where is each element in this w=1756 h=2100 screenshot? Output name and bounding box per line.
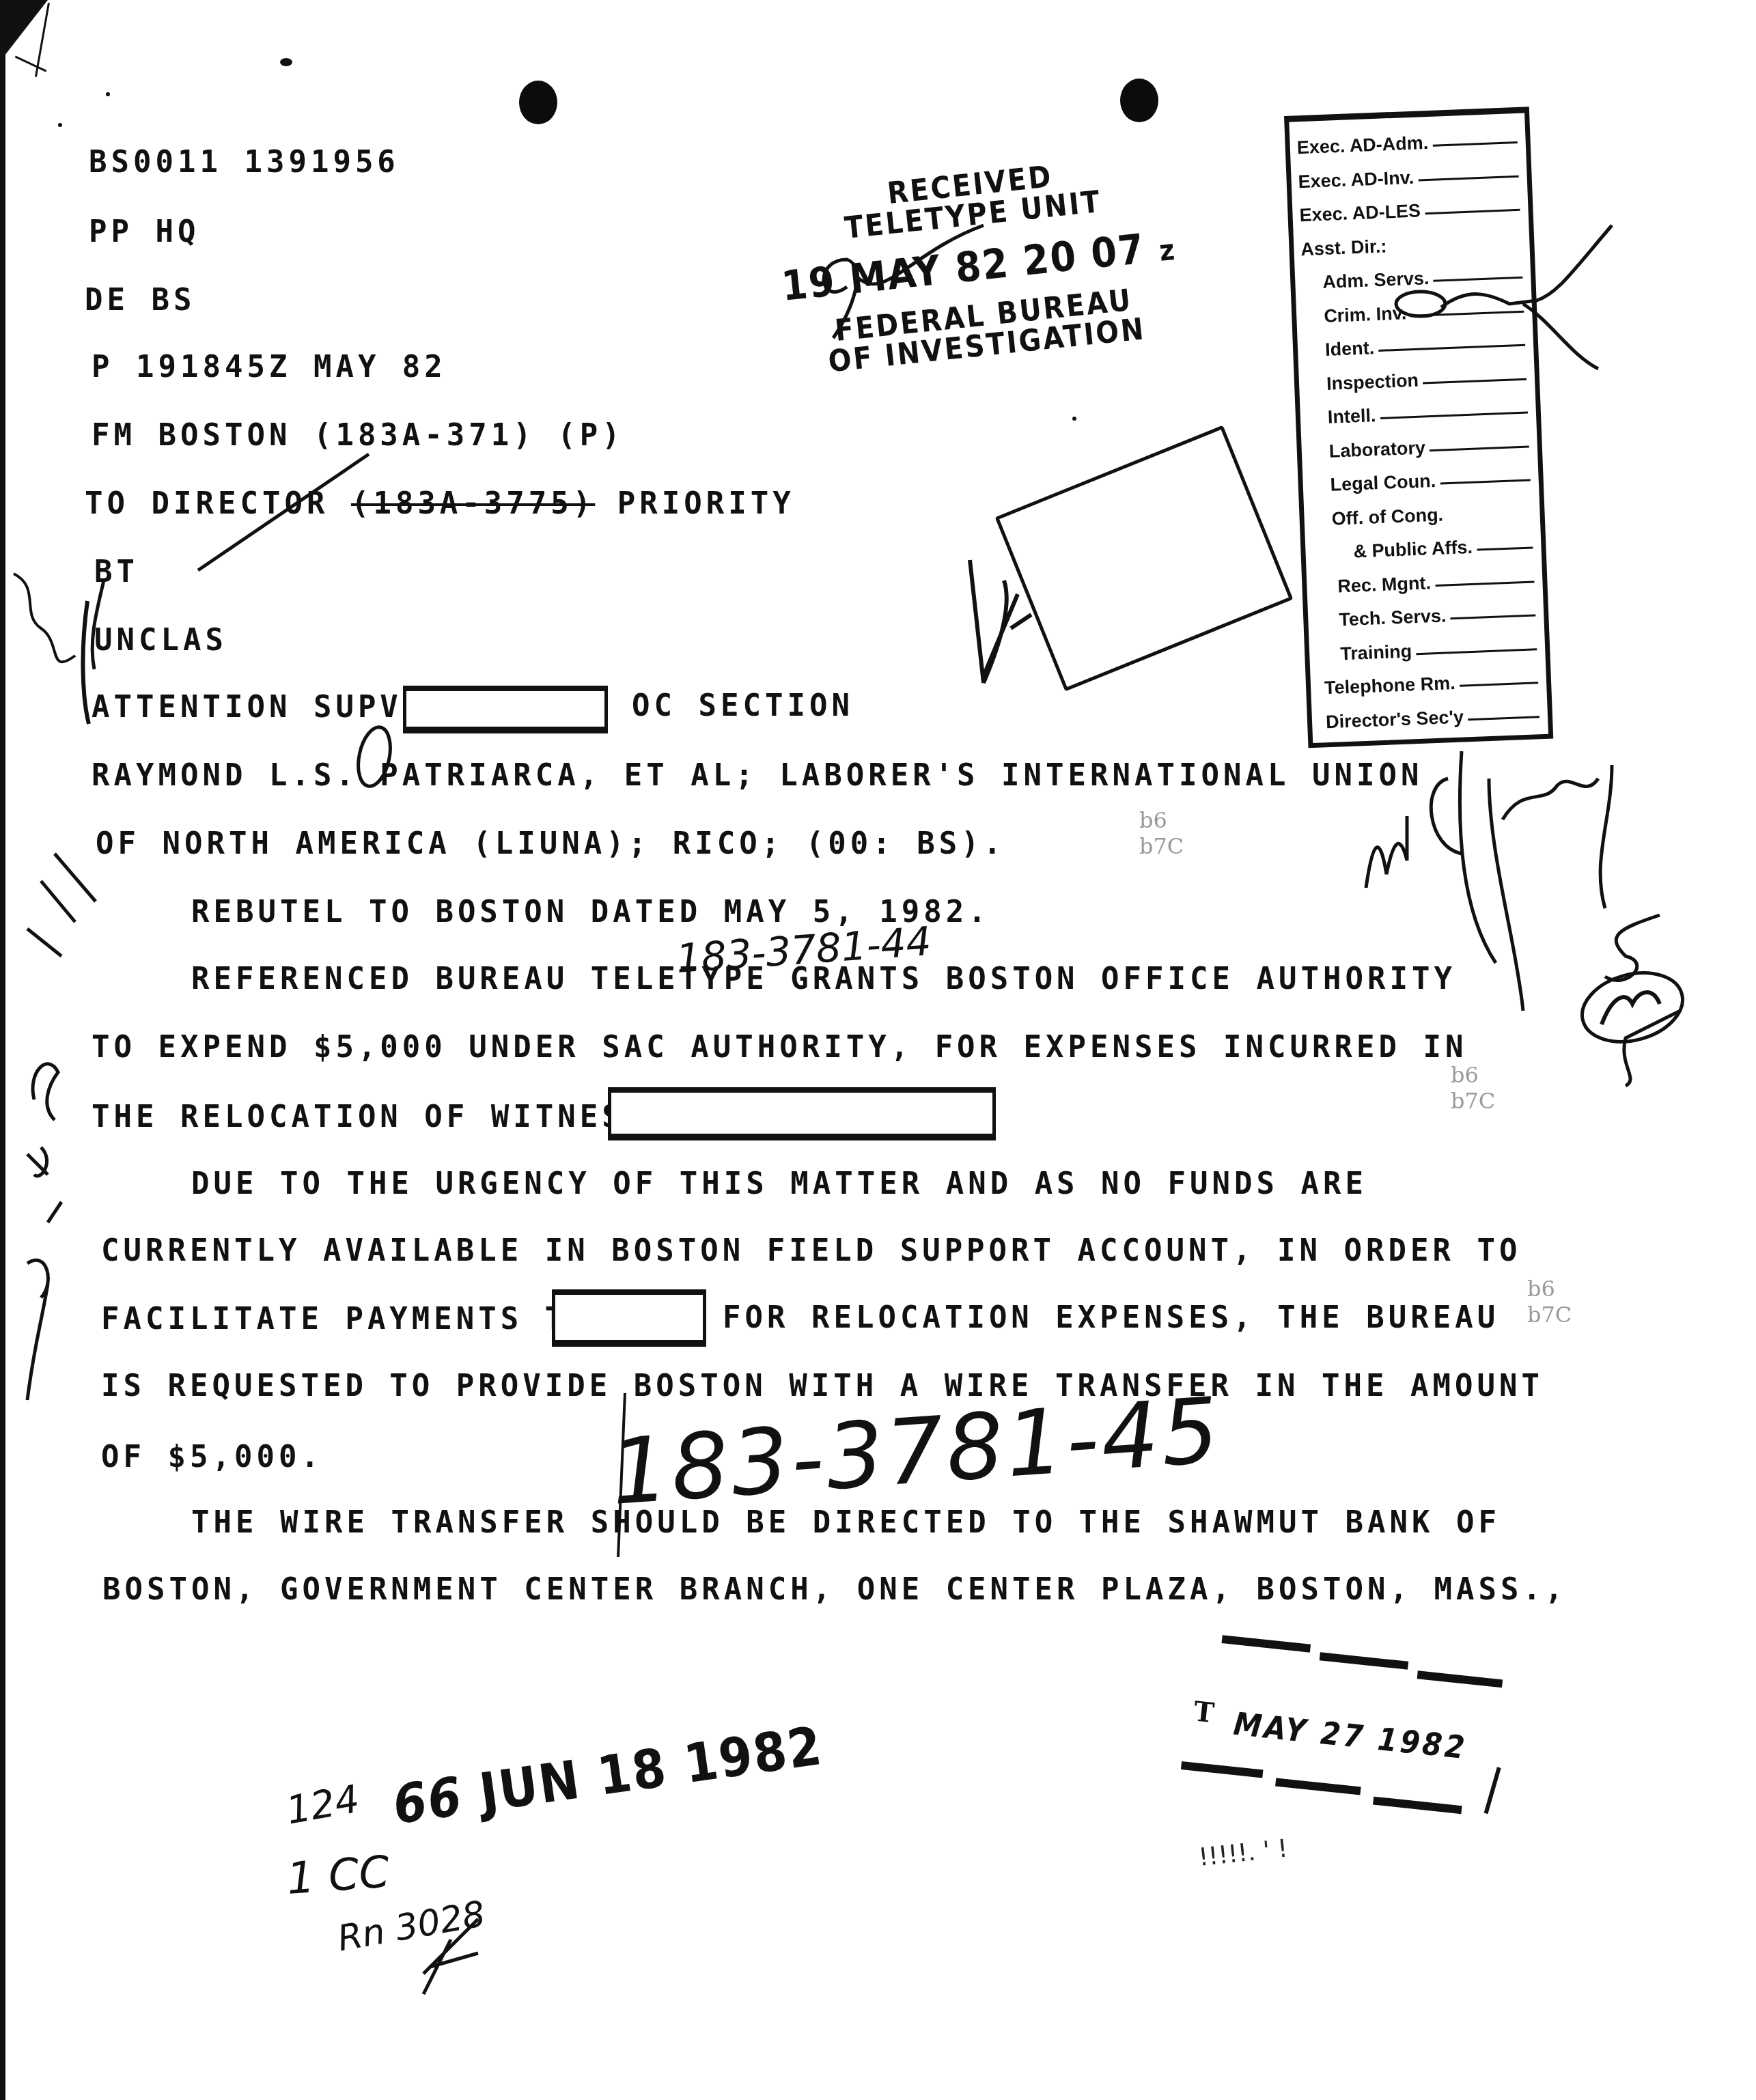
routing-slip-item: Training	[1339, 626, 1540, 664]
routing-slip-item: Tech. Servs.	[1338, 591, 1539, 630]
routing-slip-label: Director's Sec'y	[1326, 706, 1464, 733]
para4-line-1: THE WIRE TRANSFER SHOULD BE DIRECTED TO …	[191, 1505, 1501, 1540]
routing-slip-blank	[1416, 648, 1537, 655]
routing-slip-item: Director's Sec'y	[1325, 693, 1543, 733]
scan-speck	[58, 123, 62, 127]
routing-slip-label: Ident.	[1325, 337, 1375, 361]
routing-slip: Exec. AD-Adm.Exec. AD-Inv.Exec. AD-LESAs…	[1284, 107, 1553, 748]
routing-slip-label: & Public Affs.	[1353, 537, 1473, 563]
routing-slip-item: Rec. Mgnt.	[1337, 558, 1537, 597]
routing-slip-item: Telephone Rm.	[1324, 659, 1542, 699]
to-line: TO DIRECTOR (183A-3775) PRIORITY	[85, 486, 795, 521]
routing-slip-label: Exec. AD-Adm.	[1296, 132, 1429, 158]
handwritten-initials-stamp	[806, 205, 1011, 341]
from-line: FM BOSTON (183A-371) (P)	[92, 418, 624, 453]
routing-slip-blank	[1460, 682, 1538, 686]
routing-slip-label: Laboratory	[1328, 437, 1425, 462]
routing-slip-label: Off. of Cong.	[1331, 504, 1444, 529]
attention-suffix: OC SECTION	[632, 688, 854, 723]
para4-line-2: BOSTON, GOVERNMENT CENTER BRANCH, ONE CE…	[102, 1572, 1567, 1607]
routing-slip-item: Intell.	[1327, 389, 1531, 428]
datetime-group: P 191845Z MAY 82	[92, 350, 447, 384]
scan-speck	[1072, 417, 1076, 421]
handwritten-note-rn: Rn 3028	[335, 1894, 488, 1960]
caption-line-2: OF NORTH AMERICA (LIUNA); RICO; (00: BS)…	[96, 826, 1005, 861]
scan-speck	[280, 58, 292, 66]
exemption-code: b6 b7C	[1451, 1062, 1495, 1114]
routing-slip-blank	[1418, 175, 1518, 181]
to-prefix: TO DIRECTOR	[85, 486, 329, 521]
routing-slip-label: Asst. Dir.:	[1300, 236, 1387, 260]
routing-slip-label: Exec. AD-LES	[1299, 200, 1421, 226]
punch-hole	[1120, 79, 1158, 122]
scan-speck	[106, 92, 110, 96]
routing-slip-blank	[1423, 378, 1527, 384]
para3-line-3-suffix: FOR RELOCATION EXPENSES, THE BUREAU	[723, 1300, 1499, 1335]
para3-line-5: OF $5,000.	[101, 1440, 323, 1474]
routing-slip-blank	[1435, 580, 1534, 587]
routing-slip-label: Crim. Inv.	[1324, 303, 1407, 327]
precedence-line: PP HQ	[89, 214, 199, 249]
routing-slip-blank	[1378, 344, 1525, 352]
redaction-box	[403, 686, 608, 733]
routing-slip-item: Laboratory	[1328, 423, 1533, 462]
classification: UNCLAS	[94, 623, 227, 658]
caption-line-1: RAYMOND L.S. PATRIARCA, ET AL; LABORER'S…	[92, 758, 1423, 793]
attention-prefix: ATTENTION SUPV.	[92, 690, 424, 725]
para2-line-3: THE RELOCATION OF WITNESS	[92, 1100, 646, 1134]
exemption-code: b6 b7C	[1139, 807, 1184, 859]
routing-slip-blank	[1380, 412, 1528, 419]
para3-line-4: IS REQUESTED TO PROVIDE BOSTON WITH A WI…	[101, 1369, 1544, 1403]
punch-hole	[519, 81, 557, 124]
routing-slip-blank	[1430, 445, 1529, 451]
priority-label: PRIORITY	[617, 486, 795, 521]
routing-slip-item: Exec. AD-Inv.	[1298, 152, 1522, 193]
exemption-code: b6 b7C	[1527, 1276, 1572, 1328]
routing-slip-blank	[1432, 141, 1517, 147]
received-date-stamp: T MAY 27 1982	[1179, 1632, 1514, 1822]
teletype-page: BS0011 1391956 PP HQ DE BS P 191845Z MAY…	[0, 0, 1756, 2100]
routing-slip-item: Adm. Servs.	[1322, 254, 1526, 293]
handwritten-note-124: 124	[283, 1777, 363, 1834]
break-marker: BT	[94, 555, 139, 589]
routing-slip-label: Adm. Servs.	[1322, 268, 1430, 293]
indexed-date-stamp: 66 JUN 18 1982	[389, 1716, 826, 1836]
para3-line-1: DUE TO THE URGENCY OF THIS MATTER AND AS…	[191, 1166, 1367, 1201]
faint-stamp-residue: !!!!!. ' !	[1197, 1834, 1289, 1871]
tilted-box-annotation	[995, 425, 1294, 692]
routing-slip-item: Ident.	[1324, 322, 1529, 361]
routing-slip-blank	[1468, 716, 1539, 720]
routing-slip-item: Off. of Cong.	[1331, 490, 1535, 529]
routing-slip-blank	[1433, 277, 1522, 282]
routing-slip-label: Legal Coun.	[1330, 471, 1436, 496]
originator-line: DE BS	[85, 283, 195, 318]
routing-slip-item: Legal Coun.	[1330, 456, 1534, 495]
handwritten-note-cc: 1 CC	[285, 1847, 391, 1905]
routing-slip-label: Exec. AD-Inv.	[1298, 167, 1414, 192]
struck-file-number: (183A-3775)	[351, 486, 595, 521]
routing-slip-blank	[1425, 209, 1520, 214]
routing-slip-item: Asst. Dir.:	[1300, 220, 1524, 260]
routing-slip-label: Intell.	[1327, 405, 1376, 428]
routing-slip-label: Inspection	[1326, 369, 1419, 394]
routing-slip-item: Exec. AD-LES	[1298, 186, 1523, 227]
redaction-box	[552, 1289, 706, 1347]
routing-slip-item: Inspection	[1326, 355, 1530, 394]
routing-slip-blank	[1477, 546, 1533, 550]
routing-slip-label: Rec. Mgnt.	[1337, 572, 1432, 597]
routing-slip-label: Training	[1340, 641, 1412, 664]
routing-slip-label: Tech. Servs.	[1339, 605, 1447, 630]
message-id: BS0011 1391956	[89, 145, 400, 180]
routing-slip-blank	[1450, 614, 1535, 619]
para3-line-2: CURRENTLY AVAILABLE IN BOSTON FIELD SUPP…	[101, 1233, 1521, 1268]
routing-slip-item: Exec. AD-Adm.	[1296, 119, 1521, 159]
scan-edge	[0, 0, 5, 2100]
routing-slip-blank	[1440, 479, 1531, 485]
routing-slip-label: Telephone Rm.	[1324, 673, 1456, 699]
routing-slip-item: Crim. Inv.	[1323, 288, 1527, 326]
para2-line-2: TO EXPEND $5,000 UNDER SAC AUTHORITY, FO…	[92, 1030, 1467, 1065]
redaction-box	[608, 1087, 996, 1140]
routing-slip-item: & Public Affs.	[1352, 524, 1536, 562]
para3-line-3-prefix: FACILITATE PAYMENTS TO	[101, 1302, 589, 1336]
routing-slip-blank	[1410, 310, 1524, 316]
